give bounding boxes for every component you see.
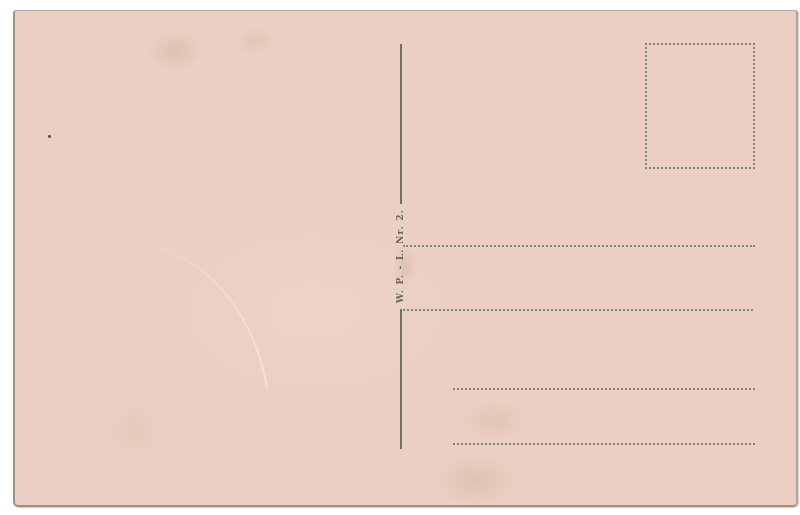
address-line-4 <box>453 443 755 445</box>
center-divider-top <box>400 44 402 204</box>
stamp-placement-box <box>645 43 755 169</box>
paper-speck <box>48 135 51 138</box>
address-line-3 <box>453 388 755 390</box>
publisher-mark: W. P. - L. Nr. 2. <box>392 206 410 306</box>
center-divider-bottom <box>400 309 402 449</box>
address-line-2 <box>403 309 753 311</box>
image-canvas: W. P. - L. Nr. 2. <box>0 0 800 515</box>
address-line-1 <box>403 245 755 247</box>
paper-crease <box>104 222 268 410</box>
postcard-back: W. P. - L. Nr. 2. <box>13 10 798 507</box>
